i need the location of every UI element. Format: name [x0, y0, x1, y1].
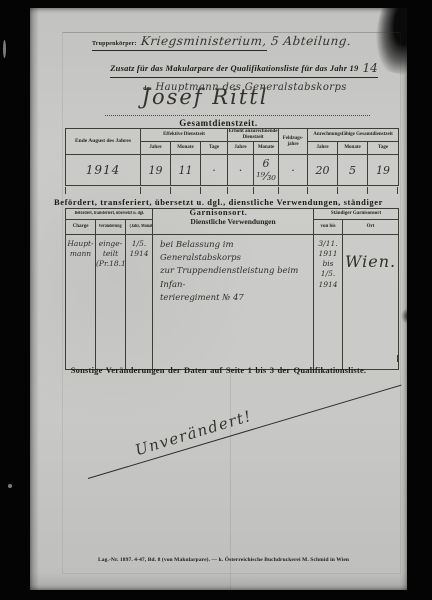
sub-header-years: Jahre [141, 142, 171, 155]
changes-table: Befördert, transferiert, übersetzt u. dg… [65, 208, 399, 370]
group-header-creditable: Anrechnungsfähige Gesamtdienstzeit [308, 129, 399, 142]
cell-charge: Haupt- mann [66, 235, 96, 370]
tick-mark [278, 187, 279, 194]
document-page: Truppenkörper: Kriegsministerium, 5 Abte… [30, 8, 407, 590]
service-table: Ende August des Jahres Effektive Dienstz… [65, 128, 399, 186]
form-title-printed: Zusatz für das Makularpare der Qualifika… [110, 63, 358, 73]
group-header-promoted-text: Befördert, transferiert, übersetzt u. dg… [74, 211, 143, 217]
form-title-year-handwritten: 14 [362, 61, 377, 75]
cell-effective-days: · [201, 155, 228, 186]
cell-change: einge- teilt (Pr.18.13) [96, 235, 126, 370]
form-title-underline: Zusatz für das Makularpare der Qualifika… [110, 58, 377, 78]
tick-mark [397, 355, 398, 362]
tick-mark [313, 355, 314, 362]
form-title-line: Zusatz für das Makularpare der Qualifika… [86, 58, 402, 78]
scan-speck [8, 484, 12, 488]
cell-total-years: 20 [308, 155, 338, 186]
sub-header-date-text: (Jahr, Monat, Tag) [130, 224, 153, 230]
tick-mark [367, 187, 368, 194]
owner-name-handwritten: Josef Rittl [142, 85, 269, 109]
tick-mark [170, 187, 171, 194]
tick-mark [200, 187, 201, 194]
cell-campaign-years: · [279, 155, 308, 186]
col-header-assignments: Dienstliche Verwendungen [153, 209, 314, 235]
sub-header-from-to: von bis [314, 220, 343, 235]
unit-label: Truppenkörper: [92, 41, 137, 47]
unit-underline: Truppenkörper: Kriegsministerium, [92, 32, 267, 51]
tick-mark [337, 187, 338, 194]
cell-increased-months: 6 ¹⁹⁄₃₀ [254, 155, 279, 186]
print-shop-footer: Lag.-Nr. 1897. 4-47, Bd. 8 (von Makularp… [98, 557, 349, 563]
sub-header-years: Jahre [228, 142, 254, 155]
tick-mark [227, 187, 228, 194]
col-header-campaign-years: Feldzugs- jahre [279, 129, 308, 155]
group-header-increased: Erhöht anzurechnende Dienstzeit [228, 129, 279, 142]
unit-abteilung-handwritten: 5 Abteilung. [270, 34, 352, 48]
group-header-promoted: Befördert, transferiert, übersetzt u. dg… [66, 209, 153, 220]
sub-header-years: Jahre [308, 142, 338, 155]
cell-assignments: bei Belassung im Generalstabskorps zur T… [153, 235, 314, 370]
sub-header-place: Ort [343, 220, 399, 235]
group-header-garrison: Ständiger Garnisonsort [314, 209, 399, 220]
cell-increased-years: · [228, 155, 254, 186]
scan-background: Truppenkörper: Kriegsministerium, 5 Abte… [0, 0, 432, 600]
tick-mark [152, 355, 153, 362]
other-changes-line: Sonstige Veränderungen der Daten auf Sei… [30, 365, 407, 375]
sub-header-days: Tage [368, 142, 399, 155]
tick-mark [65, 355, 66, 362]
unit-value-handwritten: Kriegsministerium, [140, 34, 267, 48]
cell-effective-years: 19 [141, 155, 171, 186]
tick-mark [125, 355, 126, 362]
sub-header-change-text: Veränderung [99, 224, 122, 230]
cell-place: Wien. [343, 235, 399, 370]
sub-header-months: Monate [254, 142, 279, 155]
cell-total-months: 5 [338, 155, 368, 186]
tick-mark [140, 187, 141, 194]
cell-year: 1914 [66, 155, 141, 186]
tick-mark [397, 187, 398, 194]
sub-header-months: Monate [171, 142, 201, 155]
group-header-effective: Effektive Dienstzeit [141, 129, 228, 142]
unit-line: Truppenkörper: Kriegsministerium, 5 Abte… [92, 32, 351, 50]
tick-mark [253, 187, 254, 194]
sub-header-charge: Charge [66, 220, 96, 235]
service-table-title: Gesamtdienstzeit. [30, 118, 407, 128]
tick-mark [342, 355, 343, 362]
sub-header-change: Veränderung [96, 220, 126, 235]
sub-header-days: Tage [201, 142, 228, 155]
sub-header-months: Monate [338, 142, 368, 155]
cell-from-to: 3/11. 1911 bis 1/5. 1914 [314, 235, 343, 370]
scan-artifact-nick [401, 308, 407, 324]
name-dotted-rule [105, 115, 370, 116]
cell-total-days: 19 [368, 155, 399, 186]
cell-change-date: 1/5. 1914 [126, 235, 153, 370]
tick-mark [307, 187, 308, 194]
scan-speck [3, 40, 6, 58]
tick-mark [95, 355, 96, 362]
tick-mark [65, 187, 66, 194]
owner-name-line: Josef Rittl [75, 85, 335, 109]
col-header-end-august: Ende August des Jahres [66, 129, 141, 155]
cell-effective-months: 11 [171, 155, 201, 186]
sub-header-date: (Jahr, Monat, Tag) [126, 220, 153, 235]
